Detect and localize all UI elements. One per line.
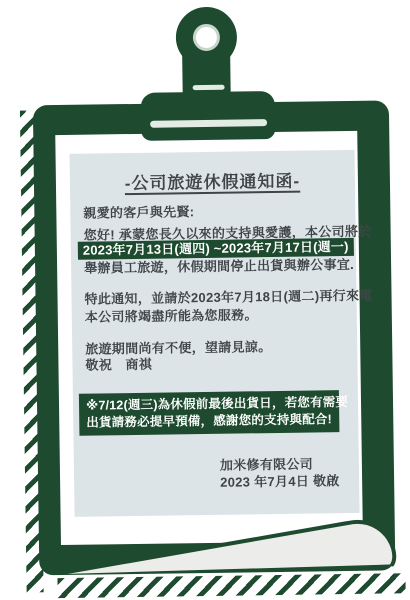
- clip-base: [141, 91, 276, 141]
- signature-date: 2023 年7月4日 敬啟: [220, 473, 340, 490]
- closing-line: 敬祝 商祺: [85, 357, 152, 373]
- body-line: 特此通知，並請於2023年7月18日(週二)再行來電: [84, 288, 372, 307]
- last-shipping-alert-box: ※7/12(週三)為休假前最後出貨日，若您有需要 出貨請務必提早預備，感謝您的支…: [79, 390, 340, 436]
- clip-hanger-hole: [196, 27, 217, 48]
- notice-title: -公司旅遊休假通知函-: [70, 166, 355, 195]
- clipboard: -公司旅遊休假通知函- 親愛的客戶與先賢: 您好! 承蒙您長久以來的支持與愛護，…: [0, 0, 410, 600]
- salutation: 親愛的客戶與先賢:: [83, 204, 194, 221]
- notice-graphic: -公司旅遊休假通知函- 親愛的客戶與先賢: 您好! 承蒙您長久以來的支持與愛護，…: [0, 0, 410, 600]
- body-line: 舉辦員工旅遊，休假期間停止出貨與辦公事宜.: [84, 257, 354, 276]
- clip-neck-slot: [193, 85, 225, 90]
- body-line: 旅遊期間尚有不便，望請見諒。: [85, 339, 271, 357]
- signature-company: 加米修有限公司: [220, 457, 313, 473]
- alert-line: 出貨請務必提早預備，感謝您的支持與配合!: [86, 411, 332, 431]
- hatch-marks-bottom: [57, 573, 405, 598]
- notice-paper: -公司旅遊休假通知函- 親愛的客戶與先賢: 您好! 承蒙您長久以來的支持與愛護，…: [70, 150, 360, 517]
- body-line: 本公司將竭盡所能為您服務。: [85, 307, 258, 324]
